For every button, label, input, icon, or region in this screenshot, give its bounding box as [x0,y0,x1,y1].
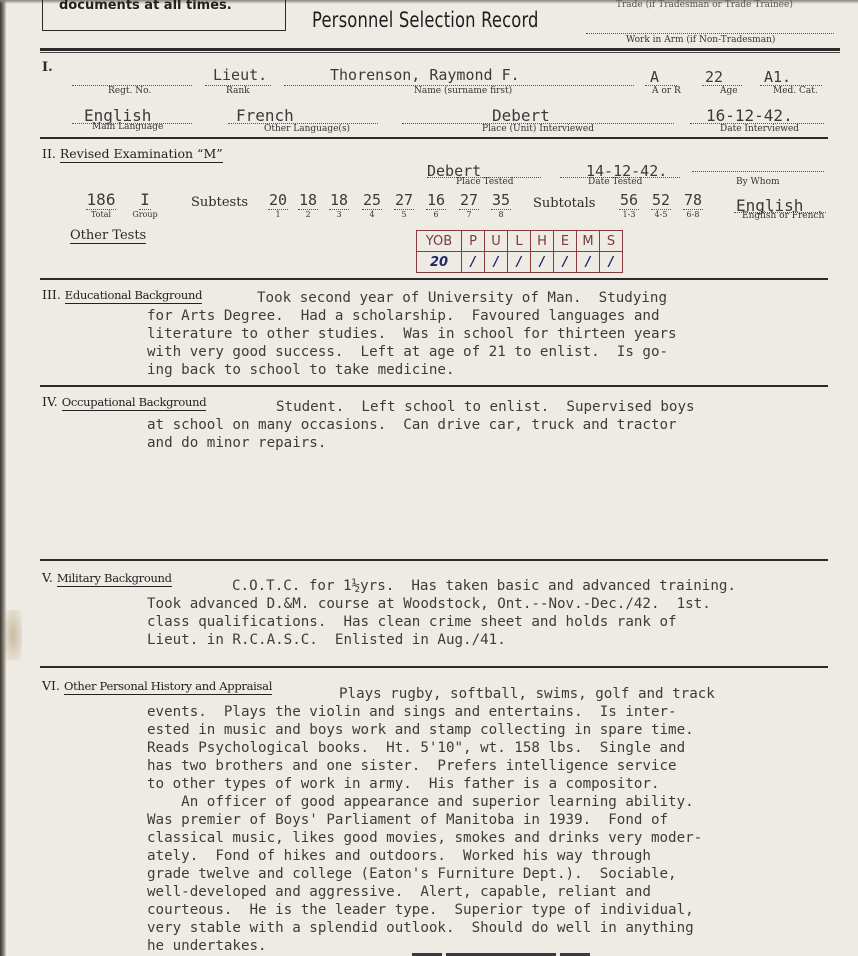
subtest-3: 183 [327,190,351,219]
section-6-line-9: classical music, likes good movies, smok… [147,829,702,847]
pulhems-table: YOB P U L H E M S 20 / / / / / / / [416,230,623,273]
section-6-line-12: well-developed and aggressive. Alert, ca… [147,883,651,901]
section-5-line-4: Lieut. in R.C.A.S.C. Enlisted in Aug./41… [147,631,506,649]
subtest-2: 182 [296,190,320,219]
pulhems-header-h: H [531,231,554,252]
date-interviewed-label: Date Interviewed [720,124,799,134]
paper-stain [4,610,22,660]
pulhems-header-m: M [577,231,600,252]
section-6-line-1: Plays rugby, softball, swims, golf and t… [339,685,715,703]
subtest-8: 358 [489,190,513,219]
pulhems-header-e: E [554,231,577,252]
date-tested-label: Date Tested [588,177,642,187]
subtotal-4-5: 524-5 [648,190,674,219]
section-2-numeral: II. [42,146,56,161]
section-6-line-8: Was premier of Boys' Parliament of Manit… [147,811,668,829]
section-2-heading: II. Revised Examination “M” [42,146,223,161]
by-whom-label: By Whom [736,177,780,187]
subtests-label: Subtests [191,195,248,210]
subtest-1: 201 [266,190,290,219]
section-4-divider [40,559,828,561]
age-label: Age [720,86,738,96]
subtotal-6-8: 786-8 [680,190,706,219]
subtest-4: 254 [360,190,384,219]
section-3-line-4: with very good success. Left at age of 2… [147,343,668,361]
english-or-french-label: English or French [742,211,824,221]
section-4-heading: IV. Occupational Background [42,394,206,409]
section-5-line-1: C.O.T.C. for 1½yrs. Has taken basic and … [232,577,736,595]
rank-label: Rank [226,86,250,96]
pulhems-value-e: / [554,252,577,273]
section-3-divider [40,385,828,387]
section-4-line-2: at school on many occasions. Can drive c… [147,416,677,434]
place-interviewed-label: Place (Unit) Interviewed [482,124,594,134]
section-2-divider [40,278,828,280]
section-6-line-2: events. Plays the violin and sings and e… [147,703,677,721]
total-score: 186 Total [80,190,122,219]
section-6-line-7: An officer of good appearance and superi… [147,793,694,811]
section-3-line-2: for Arts Degree. Had a scholarship. Favo… [147,307,660,325]
section-6-line-10: ately. Fond of hikes and outdoors. Worke… [147,847,651,865]
section-6-title: Other Personal History and Appraisal [64,679,272,695]
rank-value: Lieut. [213,66,267,84]
regt-no-label: Regt. No. [108,86,151,96]
a-or-r-label: A or R [652,86,681,96]
pulhems-value-p: / [462,252,485,273]
pulhems-value-u: / [485,252,508,273]
notice-text: documents at all times. [59,0,232,13]
section-5-line-2: Took advanced D.&M. course at Woodstock,… [147,595,711,613]
pulhems-header-yob: YOB [417,231,462,252]
pulhems-value-s: / [600,252,623,273]
section-1-divider [40,137,828,139]
main-language-label: Main Language [92,122,163,132]
section-6-line-14: very stable with a splendid outlook. Sho… [147,919,694,937]
pulhems-value-l: / [508,252,531,273]
med-cat-label: Med. Cat. [773,86,818,96]
pulhems-header-l: L [508,231,531,252]
section-6-line-3: ested in music and boys work and stamp c… [147,721,694,739]
page-edge [0,0,6,956]
section-3-heading: III. Educational Background [42,287,202,302]
subtotal-1-3: 561-3 [616,190,642,219]
section-3-line-5: ing back to school to take medicine. [147,361,455,379]
pulhems-value-row: 20 / / / / / / / [417,252,623,273]
section-2-title: Revised Examination “M” [60,146,223,163]
section-3-numeral: III. [42,287,61,302]
section-3-title: Educational Background [65,288,202,304]
section-4-numeral: IV. [42,394,58,409]
section-1-numeral: I. [42,60,53,75]
subtest-7: 277 [457,190,481,219]
section-5-heading: V. Military Background [42,570,172,585]
section-6-line-11: grade twelve and college (Eaton's Furnit… [147,865,677,883]
section-4-line-3: and do minor repairs. [147,434,326,452]
section-3-line-3: literature to other studies. Was in scho… [147,325,677,343]
group-score: I Group [126,190,164,219]
trade-label: Trade (if Tradesman or Trade Trainee) [616,0,793,10]
pulhems-value-yob: 20 [417,252,462,273]
work-in-arm-field[interactable] [586,32,834,34]
pulhems-header-u: U [485,231,508,252]
pulhems-value-h: / [531,252,554,273]
header-divider [40,48,840,51]
notice-box: documents at all times. [42,0,286,31]
work-in-arm-label: Work in Arm (if Non-Tradesman) [626,35,775,45]
by-whom-field[interactable] [692,170,824,172]
header-divider-2 [40,52,840,53]
subtotals-label: Subtotals [533,196,595,211]
section-6-line-13: courteous. He is the leader type. Superi… [147,901,694,919]
name-value: Thorenson, Raymond F. [330,66,520,84]
section-4-title: Occupational Background [62,395,207,411]
page-title: Personnel Selection Record [312,8,539,32]
section-6-line-4: Reads Psychological books. Ht. 5'10", wt… [147,739,685,757]
pulhems-value-m: / [577,252,600,273]
other-tests-label: Other Tests [70,228,146,244]
section-6-line-15: he undertakes. [147,937,267,955]
other-languages-label: Other Language(s) [264,124,350,134]
section-6-line-6: to other types of work in army. His fath… [147,775,660,793]
section-6-numeral: VI. [42,678,60,693]
pulhems-header-s: S [600,231,623,252]
section-3-line-1: Took second year of University of Man. S… [257,289,667,307]
section-5-line-3: class qualifications. Has clean crime sh… [147,613,677,631]
section-6-heading: VI. Other Personal History and Appraisal [42,678,272,693]
section-4-line-1: Student. Left school to enlist. Supervis… [276,398,695,416]
section-5-divider [40,666,828,668]
pulhems-header-p: P [462,231,485,252]
pulhems-header-row: YOB P U L H E M S [417,231,623,252]
subtest-5: 275 [392,190,416,219]
section-6-line-5: has two brothers and one sister. Prefers… [147,757,677,775]
section-5-numeral: V. [42,570,53,585]
name-label: Name (surname first) [414,86,512,96]
subtest-6: 166 [424,190,448,219]
place-tested-label: Place Tested [456,177,513,187]
section-5-title: Military Background [57,571,172,587]
